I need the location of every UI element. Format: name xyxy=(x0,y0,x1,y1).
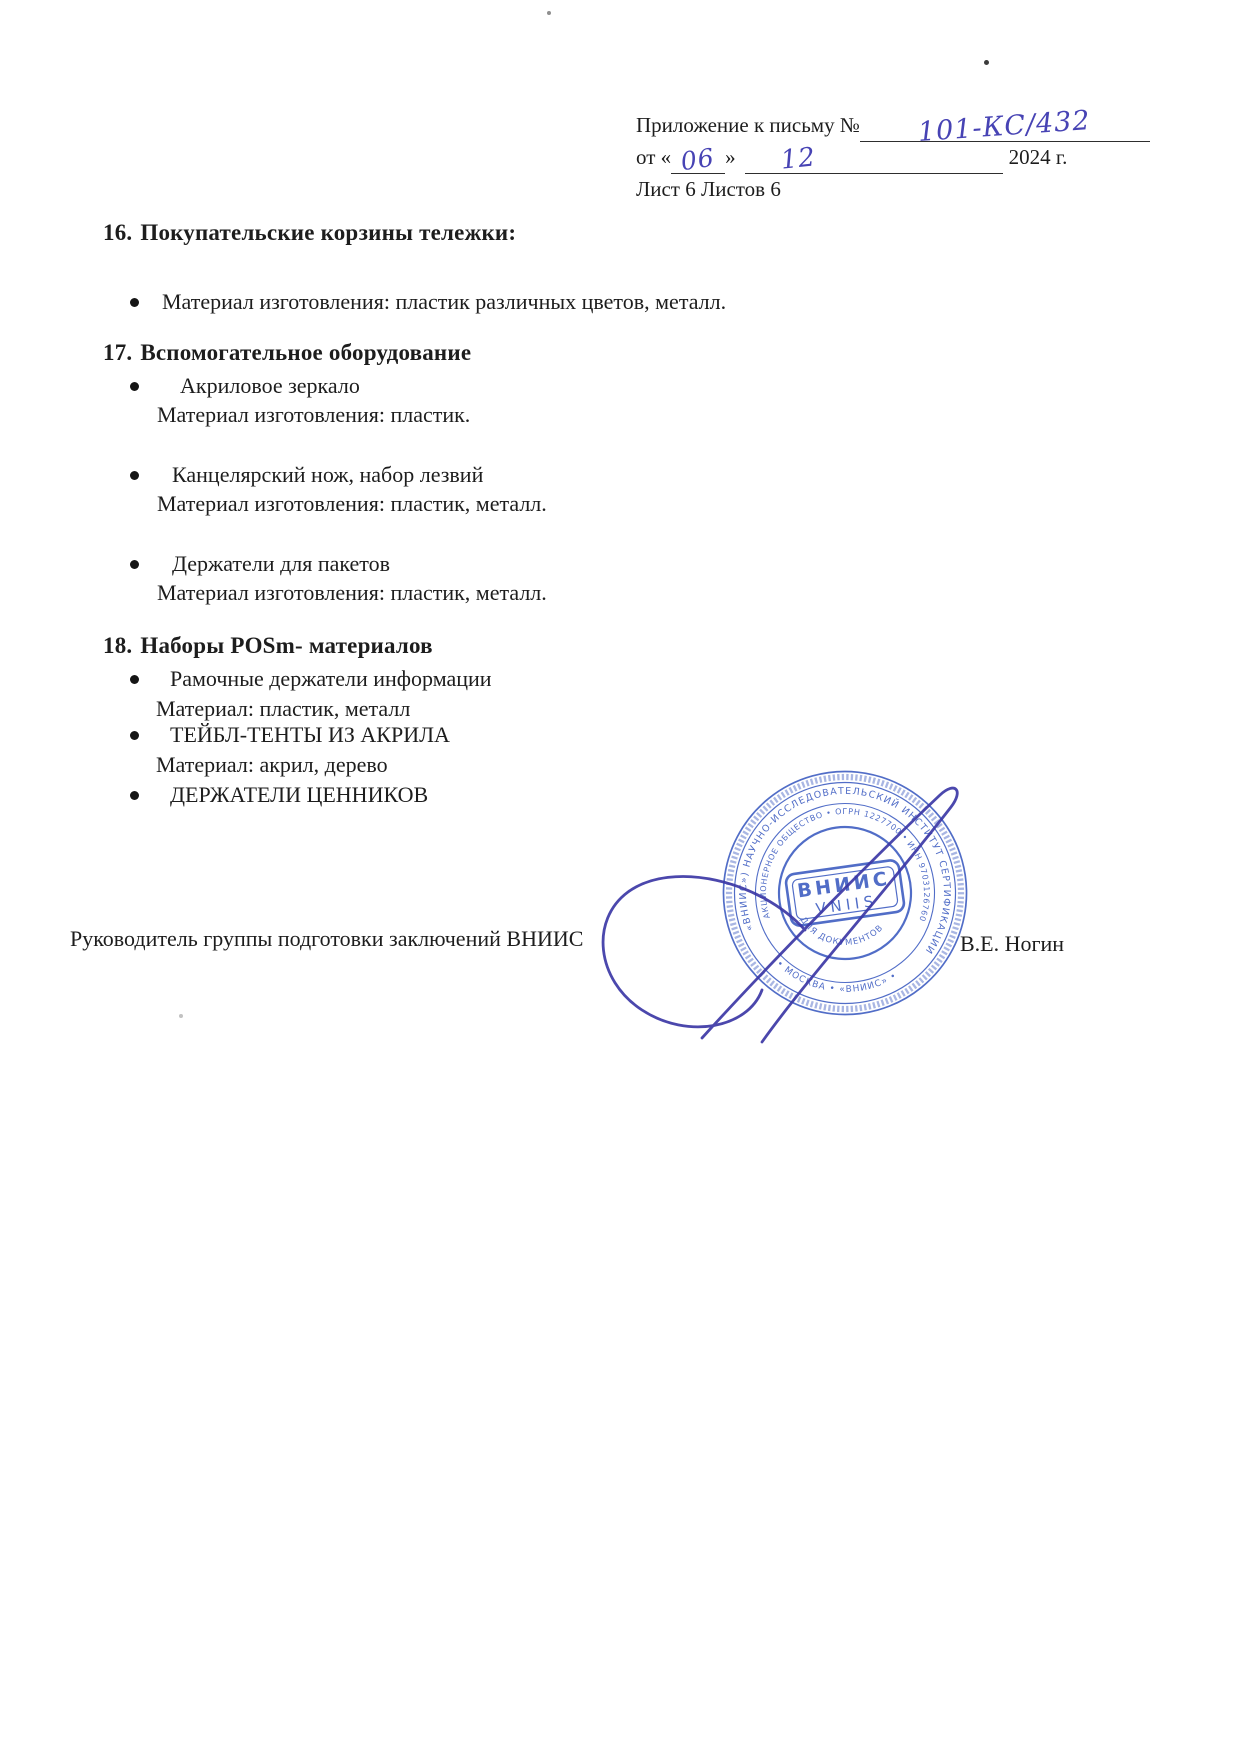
section-18-heading: 18.Наборы POSm- материалов xyxy=(103,634,433,658)
section-16-title: Покупательские корзины тележки: xyxy=(140,220,516,245)
date-close-quote: » xyxy=(725,145,736,169)
bullet-dot xyxy=(130,471,139,480)
signature-flourish-stroke xyxy=(702,788,957,1042)
document-page: Приложение к письму №101-КС/432 от «06»1… xyxy=(0,0,1240,1754)
list-item-detail: Материал: акрил, дерево xyxy=(156,753,388,777)
list-item: Держатели для пакетов xyxy=(172,552,390,576)
list-item: Рамочные держатели информации xyxy=(170,667,492,691)
bullet-dot xyxy=(130,675,139,684)
section-18-title: Наборы POSm- материалов xyxy=(140,633,432,658)
appendix-label: Приложение к письму № xyxy=(636,113,860,137)
section-18-number: 18. xyxy=(103,633,132,658)
list-item: ДЕРЖАТЕЛИ ЦЕННИКОВ xyxy=(170,783,428,807)
appendix-number-handwritten: 101-КС/432 xyxy=(918,108,1092,146)
list-item-detail: Материал изготовления: пластик, металл. xyxy=(157,581,547,605)
sheet-info: Лист 6 Листов 6 xyxy=(636,176,781,202)
bullet-dot xyxy=(130,791,139,800)
date-prefix: от « xyxy=(636,145,671,169)
section-16-heading: 16.Покупательские корзины тележки: xyxy=(103,221,516,245)
section-17-number: 17. xyxy=(103,340,132,365)
list-item: ТЕЙБЛ-ТЕНТЫ ИЗ АКРИЛА xyxy=(170,723,450,747)
date-day-handwritten: 06 xyxy=(679,145,716,175)
section-16-number: 16. xyxy=(103,220,132,245)
list-item: Канцелярский нож, набор лезвий xyxy=(172,463,483,487)
list-item-detail: Материал: пластик, металл xyxy=(156,697,410,721)
bullet-dot xyxy=(130,298,139,307)
appendix-line: Приложение к письму №101-КС/432 xyxy=(636,112,1150,142)
scan-artifact-dot xyxy=(179,1014,183,1018)
handwritten-signature xyxy=(560,730,1030,1070)
bullet-dot xyxy=(130,731,139,740)
list-item-detail: Материал изготовления: пластик. xyxy=(157,403,470,427)
section-17-title: Вспомогательное оборудование xyxy=(140,340,471,365)
scan-artifact-dot xyxy=(984,60,989,65)
bullet-dot xyxy=(130,560,139,569)
signature-loop-stroke xyxy=(603,877,805,1027)
bullet-dot xyxy=(130,382,139,391)
list-item-detail: Материал изготовления: пластик, металл. xyxy=(157,492,547,516)
date-line: от «06»122024 г. xyxy=(636,144,1067,174)
list-item: Акриловое зеркало xyxy=(180,374,360,398)
list-item: Материал изготовления: пластик различных… xyxy=(162,290,726,314)
appendix-number-underline: 101-КС/432 xyxy=(860,116,1150,142)
signatory-role: Руководитель группы подготовки заключени… xyxy=(70,927,583,951)
scan-artifact-dot xyxy=(547,11,551,15)
date-month-underline: 12 xyxy=(745,148,1003,174)
date-day-underline: 06 xyxy=(671,148,725,174)
section-17-heading: 17.Вспомогательное оборудование xyxy=(103,341,471,365)
date-year: 2024 г. xyxy=(1009,145,1068,169)
date-month-handwritten: 12 xyxy=(779,144,817,174)
